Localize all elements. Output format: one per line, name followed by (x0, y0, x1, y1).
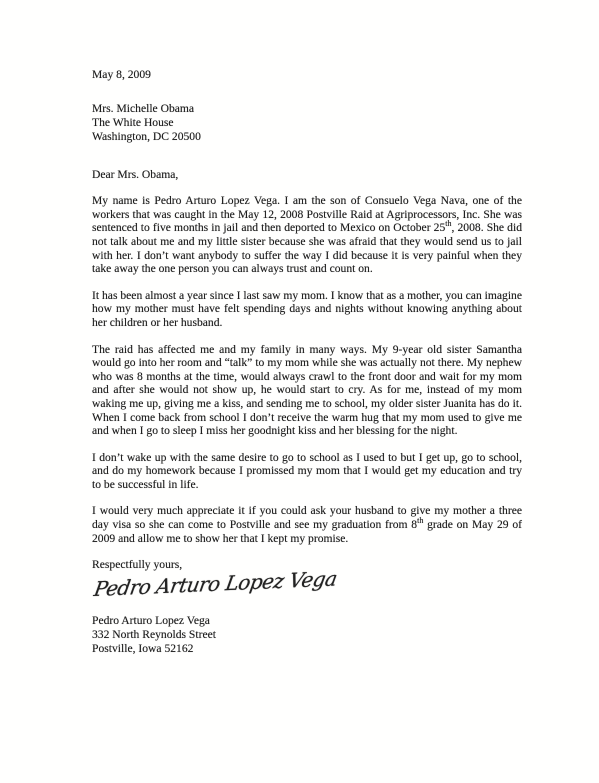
paragraph-3: The raid has affected me and my family i… (92, 343, 522, 438)
paragraph-5: I would very much appreciate it if you c… (92, 504, 522, 545)
sender-street: 332 North Reynolds Street (92, 628, 522, 642)
sender-name: Pedro Arturo Lopez Vega (92, 614, 522, 628)
sender-city: Postville, Iowa 52162 (92, 642, 522, 656)
recipient-city: Washington, DC 20500 (92, 130, 522, 144)
letter-page: May 8, 2009 Mrs. Michelle Obama The Whit… (0, 0, 599, 783)
recipient-name: Mrs. Michelle Obama (92, 102, 522, 116)
letter-body: May 8, 2009 Mrs. Michelle Obama The Whit… (92, 68, 522, 656)
salutation: Dear Mrs. Obama, (92, 168, 522, 182)
paragraph-4: I don’t wake up with the same desire to … (92, 451, 522, 492)
sender-address-block: Pedro Arturo Lopez Vega 332 North Reynol… (92, 614, 522, 656)
recipient-org: The White House (92, 116, 522, 130)
recipient-address-block: Mrs. Michelle Obama The White House Wash… (92, 102, 522, 144)
paragraph-2: It has been almost a year since I last s… (92, 289, 522, 330)
paragraph-1: My name is Pedro Arturo Lopez Vega. I am… (92, 194, 522, 276)
letter-date: May 8, 2009 (92, 68, 522, 82)
